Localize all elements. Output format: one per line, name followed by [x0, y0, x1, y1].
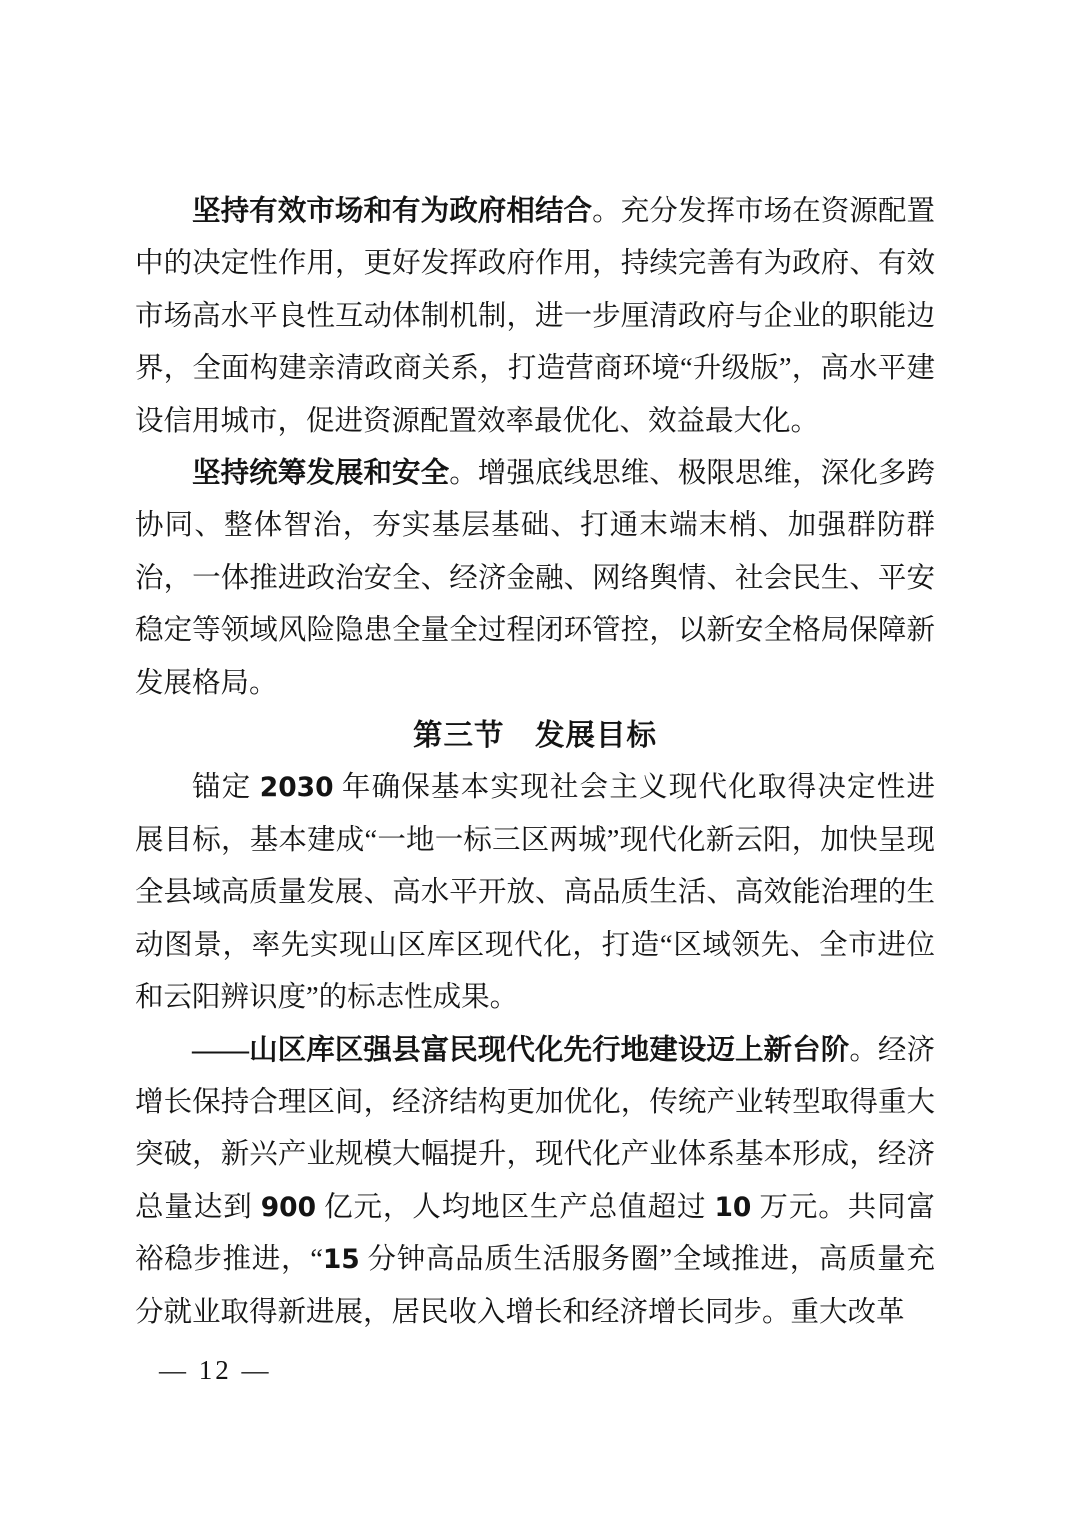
paragraph-text: 。充分发挥市场在资源配置中的决定性作用，更好发挥政府作用，持续完善有为政府、有效… [135, 196, 935, 437]
page-footer: — 12 — [135, 1353, 935, 1387]
paragraph-text: 锚定 2030 年确保基本实现社会主义现代化取得决定性进展目标，基本建成“一地一… [135, 772, 935, 1013]
section-heading: 第三节 发展目标 [135, 710, 935, 762]
paragraph: ——山区库区强县富民现代化先行地建设迈上新台阶。经济增长保持合理区间，经济结构更… [135, 1025, 935, 1339]
paragraph: 锚定 2030 年确保基本实现社会主义现代化取得决定性进展目标，基本建成“一地一… [135, 762, 935, 1024]
paragraph-lead-emphasis: ——山区库区强县富民现代化先行地建设迈上新台阶 [192, 1035, 849, 1066]
paragraph: 坚持统筹发展和安全。增强底线思维、极限思维，深化多跨协同、整体智治，夯实基层基础… [135, 448, 935, 710]
paragraph-lead-emphasis: 坚持有效市场和有为政府相结合 [192, 196, 592, 227]
paragraph-lead-emphasis: 坚持统筹发展和安全 [192, 458, 449, 489]
numeric-text: 15 [323, 1244, 360, 1275]
numeric-text: 10 [714, 1192, 751, 1223]
document-page: 坚持有效市场和有为政府相结合。充分发挥市场在资源配置中的决定性作用，更好发挥政府… [0, 0, 1074, 1520]
paragraph-text: 。增强底线思维、极限思维，深化多跨协同、整体智治，夯实基层基础、打通末端末梢、加… [135, 458, 935, 699]
numeric-text: 2030 [260, 772, 334, 803]
page-number: — 12 — [159, 1353, 272, 1387]
numeric-text: 900 [261, 1192, 316, 1223]
paragraph-text: 。经济增长保持合理区间，经济结构更加优化，传统产业转型取得重大突破，新兴产业规模… [135, 1035, 935, 1328]
paragraph: 坚持有效市场和有为政府相结合。充分发挥市场在资源配置中的决定性作用，更好发挥政府… [135, 186, 935, 448]
document-body: 坚持有效市场和有为政府相结合。充分发挥市场在资源配置中的决定性作用，更好发挥政府… [135, 186, 935, 1339]
